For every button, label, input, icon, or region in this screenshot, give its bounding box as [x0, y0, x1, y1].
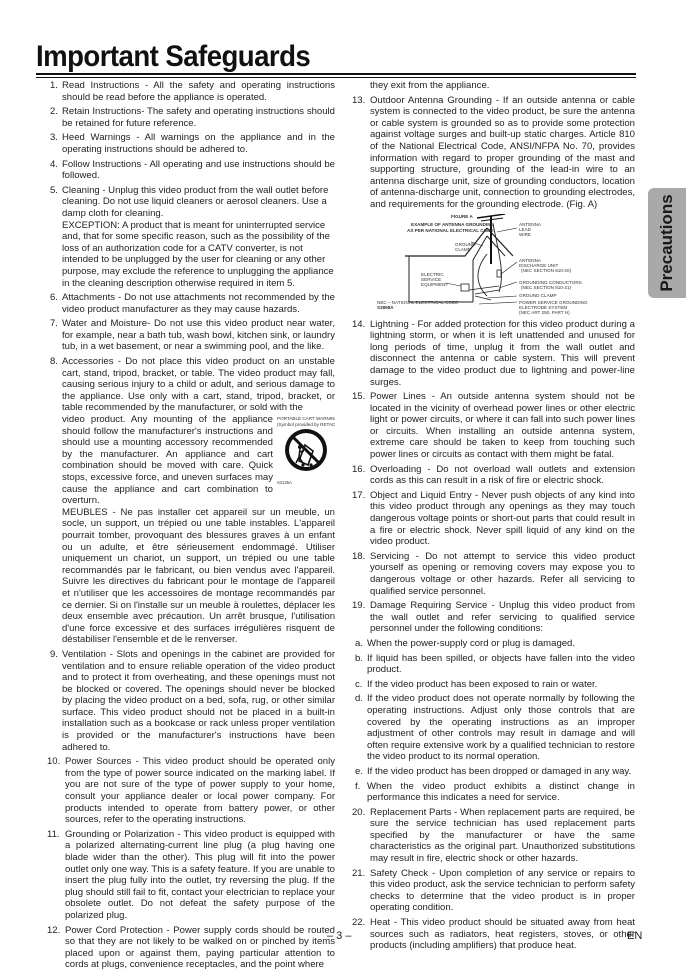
- title-rule-thin: [36, 77, 636, 78]
- page-title: Important Safeguards: [36, 40, 310, 74]
- portable-cart-warning-figure: PORTABLE CART WARNING (Symbol provided b…: [277, 416, 335, 488]
- condition-c: c. If the video product has been exposed…: [355, 679, 635, 691]
- section-tab-label: Precautions: [657, 194, 677, 291]
- safeguard-item-4: 4. Follow Instructions - All operating a…: [50, 159, 335, 182]
- safeguard-item-12: 12. Power Cord Protection - Power supply…: [50, 925, 335, 969]
- safeguard-item-22: 22. Heat - This video product should be …: [355, 917, 635, 952]
- condition-f: f. When the video product exhibits a dis…: [355, 781, 635, 804]
- safeguard-item-14: 14. Lightning - For added protection for…: [355, 319, 635, 389]
- safeguard-item-8: 8. Accessories - Do not place this video…: [50, 356, 335, 646]
- left-column: 1. Read Instructions - All the safety an…: [50, 80, 335, 969]
- safeguard-item-9: 9. Ventilation - Slots and openings in t…: [50, 649, 335, 753]
- safeguard-item-2: 2. Retain Instructions- The safety and o…: [50, 106, 335, 129]
- safeguard-item-19: 19. Damage Requiring Service - Unplug th…: [355, 600, 635, 635]
- item-12-continuation: they exit from the appliance.: [355, 80, 635, 92]
- page-number: – 3 –: [327, 930, 351, 942]
- condition-b: b. If liquid has been spilled, or object…: [355, 653, 635, 676]
- title-rule-thick: [36, 73, 636, 75]
- safeguard-item-10: 10. Power Sources - This video product s…: [50, 756, 335, 826]
- safeguard-item-5: 5. Cleaning - Unplug this video product …: [50, 185, 335, 289]
- safeguard-item-13: 13. Outdoor Antenna Grounding - If an ou…: [355, 95, 635, 211]
- condition-a: a. When the power-supply cord or plug is…: [355, 638, 635, 650]
- language-code: EN: [627, 930, 642, 942]
- safeguard-item-15: 15. Power Lines - An outside antenna sys…: [355, 391, 635, 461]
- safeguard-item-18: 18. Servicing - Do not attempt to servic…: [355, 551, 635, 597]
- safeguard-item-21: 21. Safety Check - Upon completion of an…: [355, 868, 635, 914]
- right-column: they exit from the appliance. 13. Outdoo…: [355, 80, 635, 955]
- cart-tip-over-warning-icon: [283, 427, 329, 473]
- section-tab-precautions: Precautions: [648, 188, 686, 298]
- exception-note: EXCEPTION: A product that is meant for u…: [62, 220, 335, 290]
- condition-e: e. If the video product has been dropped…: [355, 766, 635, 778]
- safeguard-item-7: 7. Water and Moisture- Do not use this v…: [50, 318, 335, 353]
- safeguard-item-20: 20. Replacement Parts - When replacement…: [355, 807, 635, 865]
- safeguard-item-6: 6. Attachments - Do not use attachments …: [50, 292, 335, 315]
- safeguard-item-11: 11. Grounding or Polarization - This vid…: [50, 829, 335, 922]
- french-warning: MEUBLES - Ne pas installer cet appareil …: [62, 507, 335, 646]
- condition-d: d. If the video product does not operate…: [355, 693, 635, 763]
- safeguard-item-3: 3. Heed Warnings - All warnings on the a…: [50, 132, 335, 155]
- safeguard-item-1: 1. Read Instructions - All the safety an…: [50, 80, 335, 103]
- figure-a-antenna-grounding: FIGURE A EXAMPLE OF ANTENNA GROUNDING AS…: [395, 214, 630, 314]
- safeguard-item-16: 16. Overloading - Do not overload wall o…: [355, 464, 635, 487]
- safeguard-item-17: 17. Object and Liquid Entry - Never push…: [355, 490, 635, 548]
